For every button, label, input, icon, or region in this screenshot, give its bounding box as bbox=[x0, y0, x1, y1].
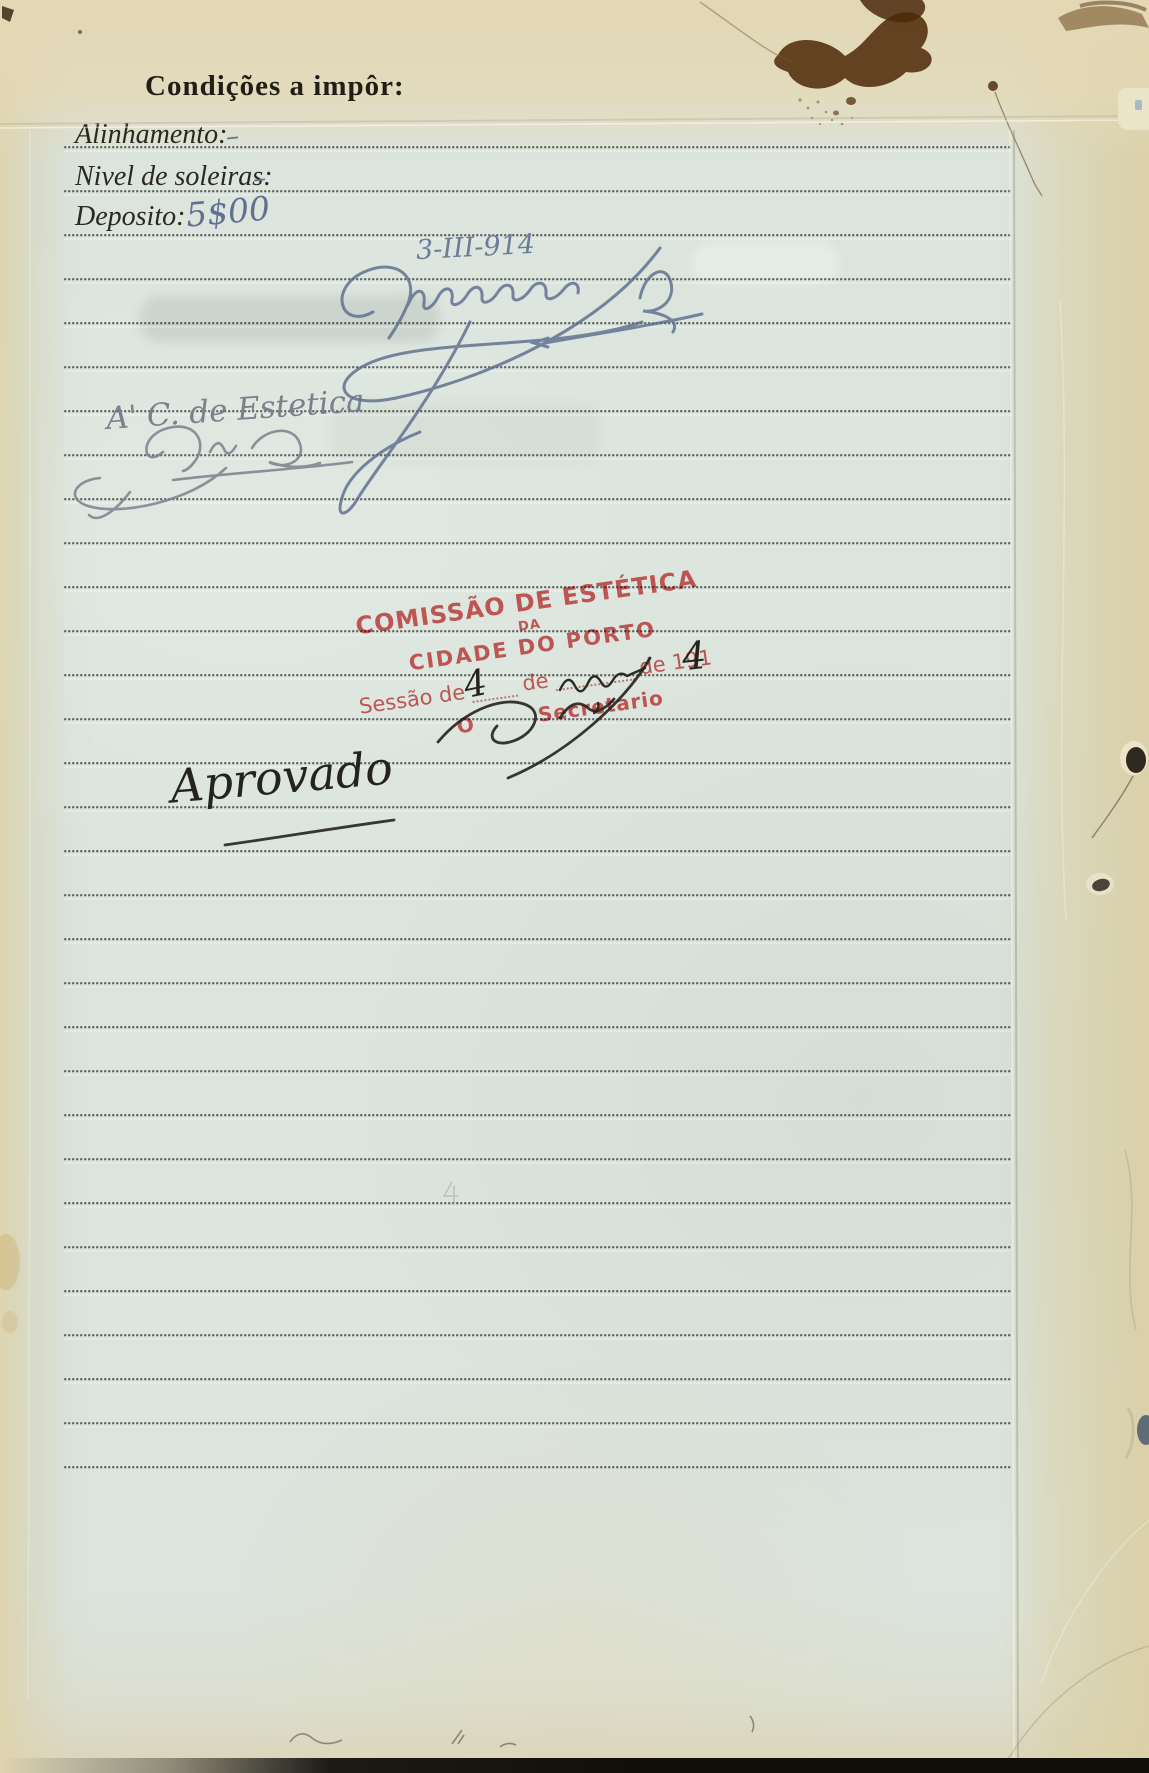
paper-creases bbox=[0, 116, 1149, 1773]
faint-pencil-mark bbox=[444, 1182, 458, 1204]
stamp-de: de bbox=[521, 668, 550, 695]
left-edge-stains bbox=[0, 1234, 20, 1333]
stamp-emboss-ghost bbox=[690, 242, 840, 284]
field-label-soleiras: Nivel de soleiras: bbox=[75, 161, 273, 193]
scan-bottom-shadow bbox=[0, 1758, 1149, 1773]
paper-fleck bbox=[1135, 100, 1142, 110]
torn-edge-chip bbox=[1118, 88, 1149, 130]
handwritten-session-year-digit: 4 bbox=[680, 633, 709, 679]
stamp-secretario: Secretario bbox=[536, 685, 665, 726]
showthrough-ghost bbox=[140, 296, 440, 342]
aged-paper-edges bbox=[0, 0, 1149, 1773]
field-label-deposito: Deposito: bbox=[75, 201, 185, 233]
handwritten-date: 3-III-914 bbox=[415, 229, 535, 266]
scanned-document-page: Condições a impôr: Alinhamento: – Nivel … bbox=[0, 0, 1149, 1773]
form-title: Condições a impôr: bbox=[145, 70, 405, 103]
signature-blue-ink bbox=[340, 248, 702, 513]
comissao-estetica-stamp: COMISSÃO DE ESTÉTICA DA CIDADE DO PORTO … bbox=[340, 563, 728, 752]
stamp-o: O bbox=[455, 712, 475, 738]
signature-pencil bbox=[75, 427, 352, 518]
handwritten-estetica-note: A' C. de Estetica bbox=[105, 383, 366, 437]
showthrough-ghost bbox=[330, 402, 600, 462]
field-value-deposito: 5$00 bbox=[184, 188, 271, 234]
field-value-alinhamento: – bbox=[224, 122, 238, 153]
stamp-sessao-de: Sessão de bbox=[357, 680, 466, 719]
bottom-smudges bbox=[290, 1716, 754, 1747]
field-label-alinhamento: Alinhamento: bbox=[75, 119, 227, 151]
stamp-month-blank bbox=[553, 658, 635, 691]
worm-holes bbox=[1086, 741, 1149, 1458]
ink-and-damage-layer bbox=[0, 0, 1149, 1773]
